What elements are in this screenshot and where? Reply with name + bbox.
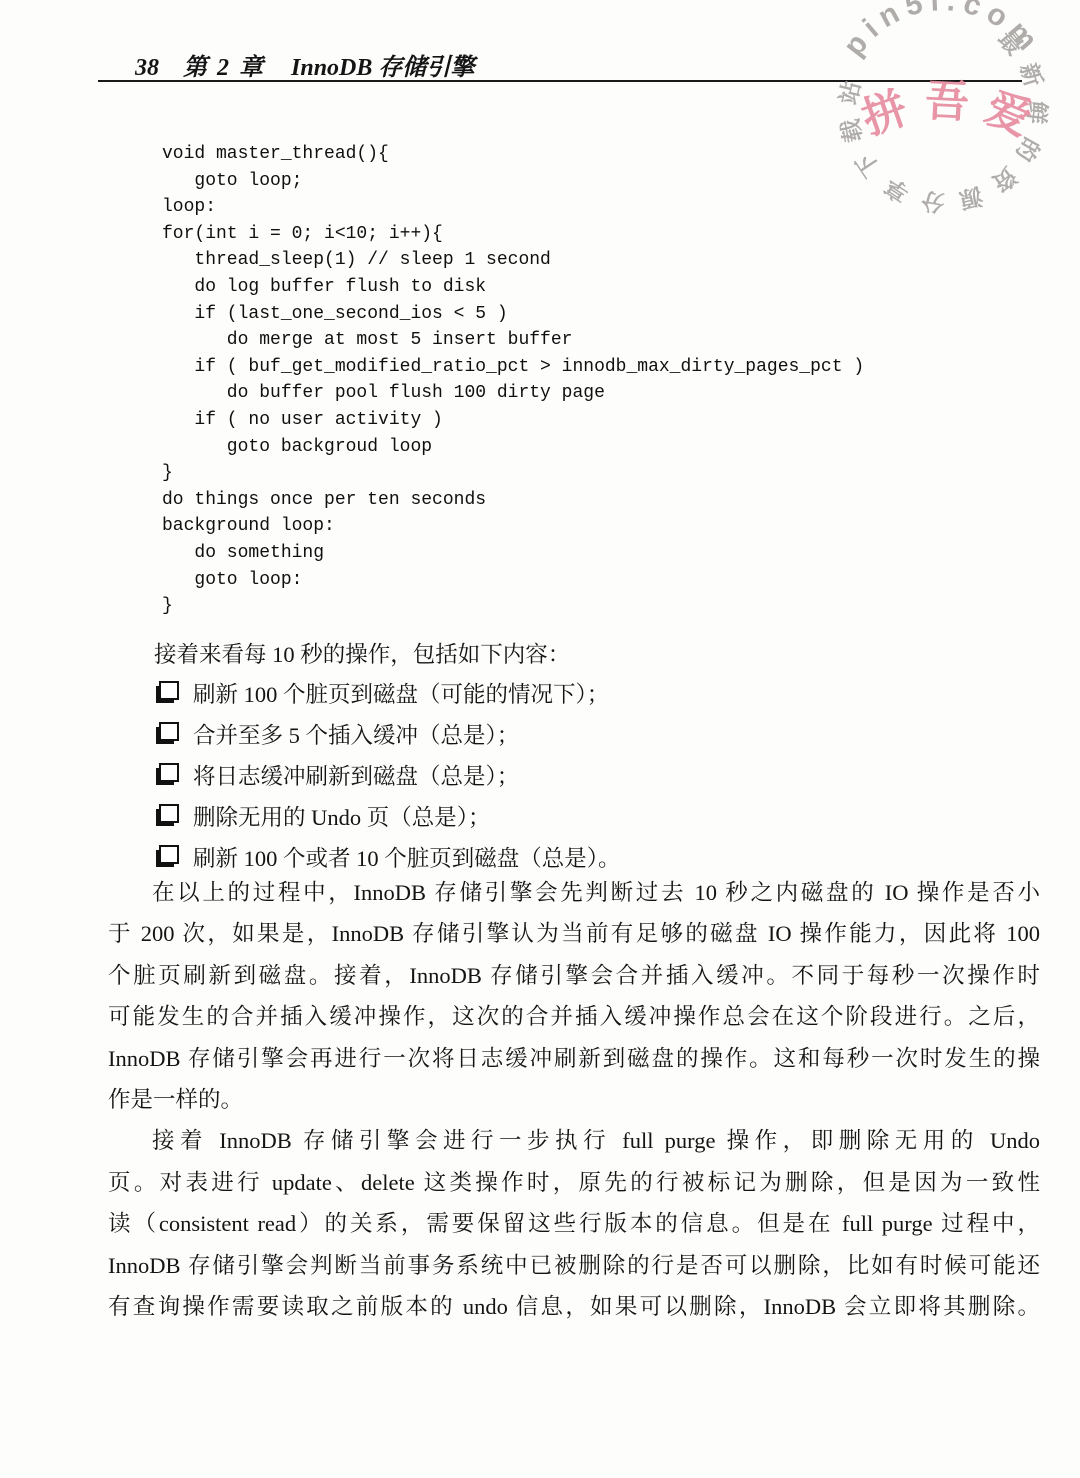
book-page: 38 第 2 章 InnoDB 存储引擎 pin5i.com 最新鲜的资源分享下… bbox=[0, 0, 1080, 1478]
checkbox-square-icon bbox=[159, 845, 179, 864]
body-paragraph: 在以上的过程中，InnoDB 存储引擎会先判断过去 10 秒之内磁盘的 IO 操… bbox=[108, 872, 1040, 1120]
paragraph-line: 在以上的过程中，InnoDB 存储引擎会先判断过去 10 秒之内磁盘的 IO 操… bbox=[108, 872, 1040, 913]
bullet-list: 刷新 100 个脏页到磁盘（可能的情况下）；合并至多 5 个插入缓冲（总是）；将… bbox=[155, 672, 621, 877]
paragraph-line: 页。对表进行 update、delete 这类操作时，原先的行被标记为删除，但是… bbox=[108, 1162, 1040, 1203]
paragraph-line: 有查询操作需要读取之前版本的 undo 信息，如果可以删除，InnoDB 会立即… bbox=[108, 1286, 1040, 1327]
paragraph-line: 接着 InnoDB 存储引擎会进行一步执行 full purge 操作，即删除无… bbox=[108, 1120, 1040, 1161]
paragraph-line: 于 200 次，如果是，InnoDB 存储引擎认为当前有足够的磁盘 IO 操作能… bbox=[108, 913, 1040, 954]
bullet-item: 合并至多 5 个插入缓冲（总是）； bbox=[155, 713, 621, 754]
bullet-item: 将日志缓冲刷新到磁盘（总是）； bbox=[155, 754, 621, 795]
paragraph-line: 读（consistent read）的关系，需要保留这些行版本的信息。但是在 f… bbox=[108, 1203, 1040, 1244]
body-paragraphs: 在以上的过程中，InnoDB 存储引擎会先判断过去 10 秒之内磁盘的 IO 操… bbox=[108, 872, 1040, 1327]
bullet-item: 刷新 100 个或者 10 个脏页到磁盘（总是）。 bbox=[155, 836, 621, 877]
bullet-text: 合并至多 5 个插入缓冲（总是）； bbox=[193, 718, 519, 750]
paragraph-line: 可能发生的合并插入缓冲操作，这次的合并插入缓冲操作总会在这个阶段进行。之后， bbox=[108, 996, 1040, 1037]
paragraph-line: InnoDB 存储引擎会再进行一次将日志缓冲刷新到磁盘的操作。这和每秒一次时发生… bbox=[108, 1038, 1040, 1079]
bullet-text: 刷新 100 个脏页到磁盘（可能的情况下）； bbox=[193, 677, 609, 709]
checkbox-square-icon bbox=[159, 681, 179, 700]
intro-paragraph: 接着来看每 10 秒的操作，包括如下内容： bbox=[108, 634, 1040, 675]
checkbox-square-icon bbox=[159, 804, 179, 823]
paragraph-line: InnoDB 存储引擎会判断当前事务系统中已被删除的行是否可以删除，比如有时候可… bbox=[108, 1245, 1040, 1286]
page-number: 38 bbox=[135, 55, 159, 81]
bullet-item: 刷新 100 个脏页到磁盘（可能的情况下）； bbox=[155, 672, 621, 713]
paragraph-line: 作是一样的。 bbox=[108, 1079, 1040, 1120]
bullet-text: 刷新 100 个或者 10 个脏页到磁盘（总是）。 bbox=[193, 841, 621, 873]
bullet-text: 删除无用的 Undo 页（总是）； bbox=[193, 800, 491, 832]
body-paragraph: 接着 InnoDB 存储引擎会进行一步执行 full purge 操作，即删除无… bbox=[108, 1120, 1040, 1327]
bullet-text: 将日志缓冲刷新到磁盘（总是）； bbox=[193, 759, 519, 791]
chapter-title: InnoDB 存储引擎 bbox=[291, 55, 474, 81]
checkbox-square-icon bbox=[159, 763, 179, 782]
checkbox-square-icon bbox=[159, 722, 179, 741]
bullet-item: 删除无用的 Undo 页（总是）； bbox=[155, 795, 621, 836]
code-block: void master_thread(){ goto loop; loop: f… bbox=[162, 141, 864, 620]
chapter-label: 第 2 章 bbox=[183, 55, 265, 81]
page-header: 38 第 2 章 InnoDB 存储引擎 bbox=[135, 47, 474, 82]
paragraph-line: 个脏页刷新到磁盘。接着，InnoDB 存储引擎会合并插入缓冲。不同于每秒一次操作… bbox=[108, 955, 1040, 996]
